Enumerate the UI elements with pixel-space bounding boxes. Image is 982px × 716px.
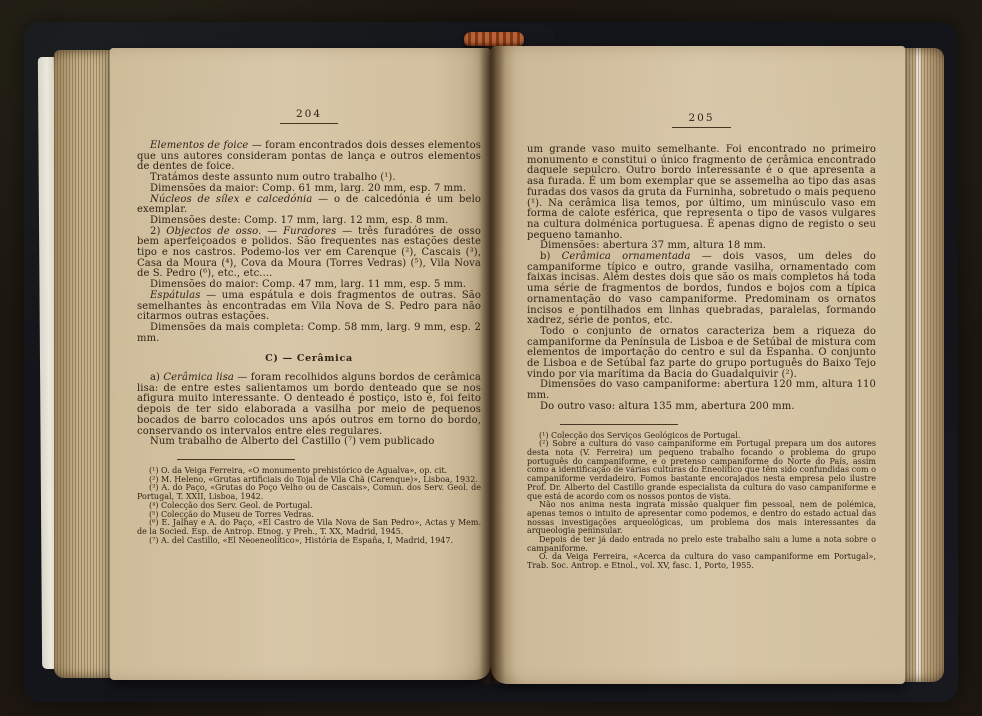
footnotes-block: (¹) O. da Veiga Ferreira, «O monumento p… — [137, 467, 481, 545]
paragraph: Núcleos de sílex e calcedónia — o de cal… — [137, 195, 481, 216]
paragraph: Num trabalho de Alberto del Castillo (⁷)… — [137, 437, 481, 448]
footnote-rule — [560, 424, 678, 425]
footnote: (⁷) A. del Castillo, «El Neoeneolítico»,… — [137, 537, 481, 546]
paragraph: Todo o conjunto de ornatos caracteriza b… — [527, 327, 876, 381]
page-204: 204 Elementos de foice — foram encontrad… — [110, 48, 491, 680]
paragraph: Elementos de foice — foram encontrados d… — [137, 141, 481, 173]
footnote: O. da Veiga Ferreira, «Acerca da cultura… — [527, 553, 876, 570]
footnote-rule — [177, 459, 295, 460]
paragraph: 2) Objectos de osso. — Furadores — três … — [137, 227, 481, 281]
page-number: 205 — [672, 112, 730, 128]
footnote: Não nos anima nesta ingrata missão qualq… — [527, 501, 876, 536]
paragraph: um grande vaso muito semelhante. Foi enc… — [527, 145, 876, 241]
footnote: (²) Sobre a cultura do vaso campaniforme… — [527, 440, 876, 501]
page-header: 205 — [527, 106, 876, 128]
open-book-photo: 204 Elementos de foice — foram encontrad… — [0, 0, 982, 716]
paragraph: b) Cerâmica ornamentada — dois vasos, um… — [527, 252, 876, 327]
page-number: 204 — [280, 108, 338, 124]
footnote: (³) A. do Paço, «Grutas do Poço Velho ou… — [137, 484, 481, 501]
headband-icon — [464, 32, 524, 46]
paragraph: Dimensões da mais completa: Comp. 58 mm,… — [137, 323, 481, 344]
right-page-edges — [903, 48, 944, 682]
section-heading: C) — Cerâmica — [137, 354, 481, 365]
footnote: (⁶) E. Jalhay e A. do Paço, «El Castro d… — [137, 519, 481, 536]
paragraph: Do outro vaso: altura 135 mm, abertura 2… — [527, 402, 876, 413]
page-body: um grande vaso muito semelhante. Foi enc… — [527, 145, 876, 413]
paragraph: a) Cerâmica lisa — foram recolhidos algu… — [137, 373, 481, 437]
footnote: Depois de ter já dado entrada no prelo e… — [527, 536, 876, 553]
page-205: 205 um grande vaso muito semelhante. Foi… — [491, 46, 905, 684]
paragraph: Dimensões do vaso campaniforme: abertura… — [527, 380, 876, 401]
left-page-edges — [54, 50, 112, 678]
footnotes-block: (¹) Colecção dos Serviços Geológicos de … — [527, 432, 876, 571]
page-body: Elementos de foice — foram encontrados d… — [137, 141, 481, 448]
page-header: 204 — [137, 102, 481, 124]
paragraph: Espátulas — uma espátula e dois fragment… — [137, 291, 481, 323]
